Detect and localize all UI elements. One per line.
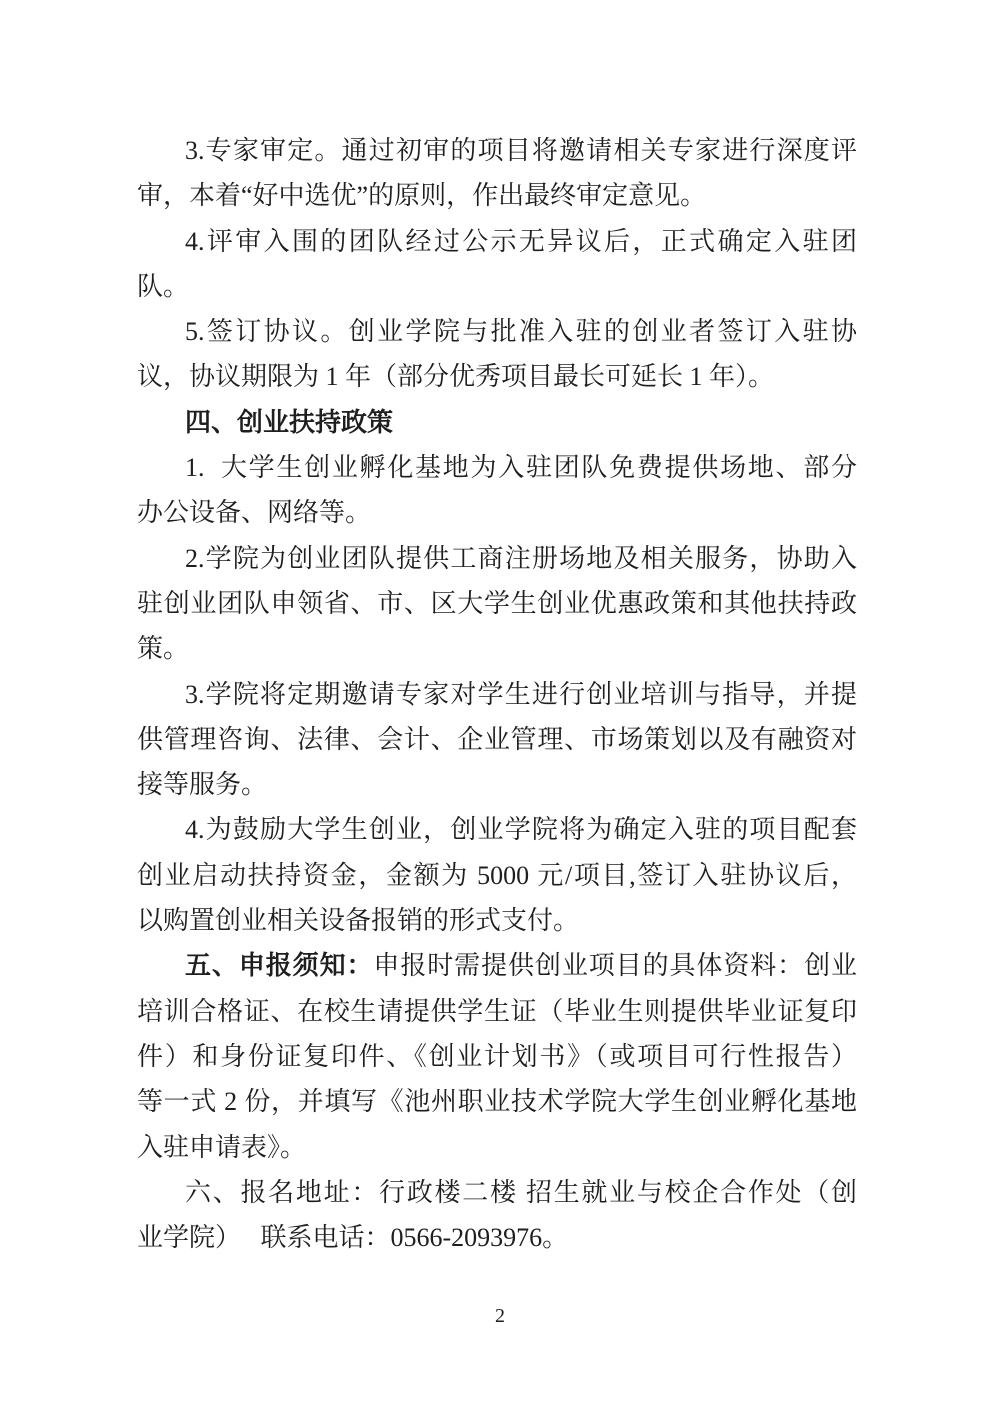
text-line: 驻创业团队申领省、市、区大学生创业优惠政策和其他扶持政 bbox=[137, 581, 857, 626]
text-line: 件）和身份证复印件、《创业计划书》（或项目可行性报告） bbox=[137, 1034, 857, 1079]
page-number: 2 bbox=[0, 1303, 1000, 1329]
document-page: 3.专家审定。通过初审的项目将邀请相关专家进行深度评审，本着“好中选优”的原则，… bbox=[0, 0, 1000, 1415]
text-line: 2.学院为创业团队提供工商注册场地及相关服务，协助入 bbox=[137, 536, 857, 581]
line-text: 申报时需提供创业项目的具体资料：创业 bbox=[373, 951, 857, 980]
text-line: 供管理咨询、法律、会计、企业管理、市场策划以及有融资对 bbox=[137, 717, 857, 762]
text-line: 4.评审入围的团队经过公示无异议后，正式确定入驻团 bbox=[137, 219, 857, 264]
text-line: 五、申报须知：申报时需提供创业项目的具体资料：创业 bbox=[137, 943, 857, 988]
text-line: 等一式 2 份，并填写《池州职业技术学院大学生创业孵化基地 bbox=[137, 1079, 857, 1124]
text-line: 审，本着“好中选优”的原则，作出最终审定意见。 bbox=[137, 173, 857, 218]
text-line: 接等服务。 bbox=[137, 762, 857, 807]
section-heading: 四、创业扶持政策 bbox=[137, 400, 857, 445]
text-line: 六、报名地址：行政楼二楼 招生就业与校企合作处（创 bbox=[137, 1170, 857, 1215]
text-line: 以购置创业相关设备报销的形式支付。 bbox=[137, 898, 857, 943]
text-line: 培训合格证、在校生请提供学生证（毕业生则提供毕业证复印 bbox=[137, 989, 857, 1034]
text-line: 4.为鼓励大学生创业，创业学院将为确定入驻的项目配套 bbox=[137, 807, 857, 852]
text-line: 5.签订协议。创业学院与批准入驻的创业者签订入驻协 bbox=[137, 309, 857, 354]
text-line: 议，协议期限为 1 年（部分优秀项目最长可延长 1 年）。 bbox=[137, 354, 857, 399]
text-line: 创业启动扶持资金，金额为 5000 元/项目,签订入驻协议后， bbox=[137, 853, 857, 898]
text-line: 队。 bbox=[137, 264, 857, 309]
text-line: 3.学院将定期邀请专家对学生进行创业培训与指导，并提 bbox=[137, 672, 857, 717]
text-line: 入驻申请表》。 bbox=[137, 1125, 857, 1170]
text-line: 业学院） 联系电话：0566-2093976。 bbox=[137, 1215, 857, 1260]
document-body: 3.专家审定。通过初审的项目将邀请相关专家进行深度评审，本着“好中选优”的原则，… bbox=[137, 128, 857, 1260]
text-line: 策。 bbox=[137, 626, 857, 671]
text-line: 办公设备、网络等。 bbox=[137, 490, 857, 535]
text-line: 1. 大学生创业孵化基地为入驻团队免费提供场地、部分 bbox=[137, 445, 857, 490]
bold-lead-text: 五、申报须知： bbox=[185, 951, 373, 980]
text-line: 3.专家审定。通过初审的项目将邀请相关专家进行深度评 bbox=[137, 128, 857, 173]
